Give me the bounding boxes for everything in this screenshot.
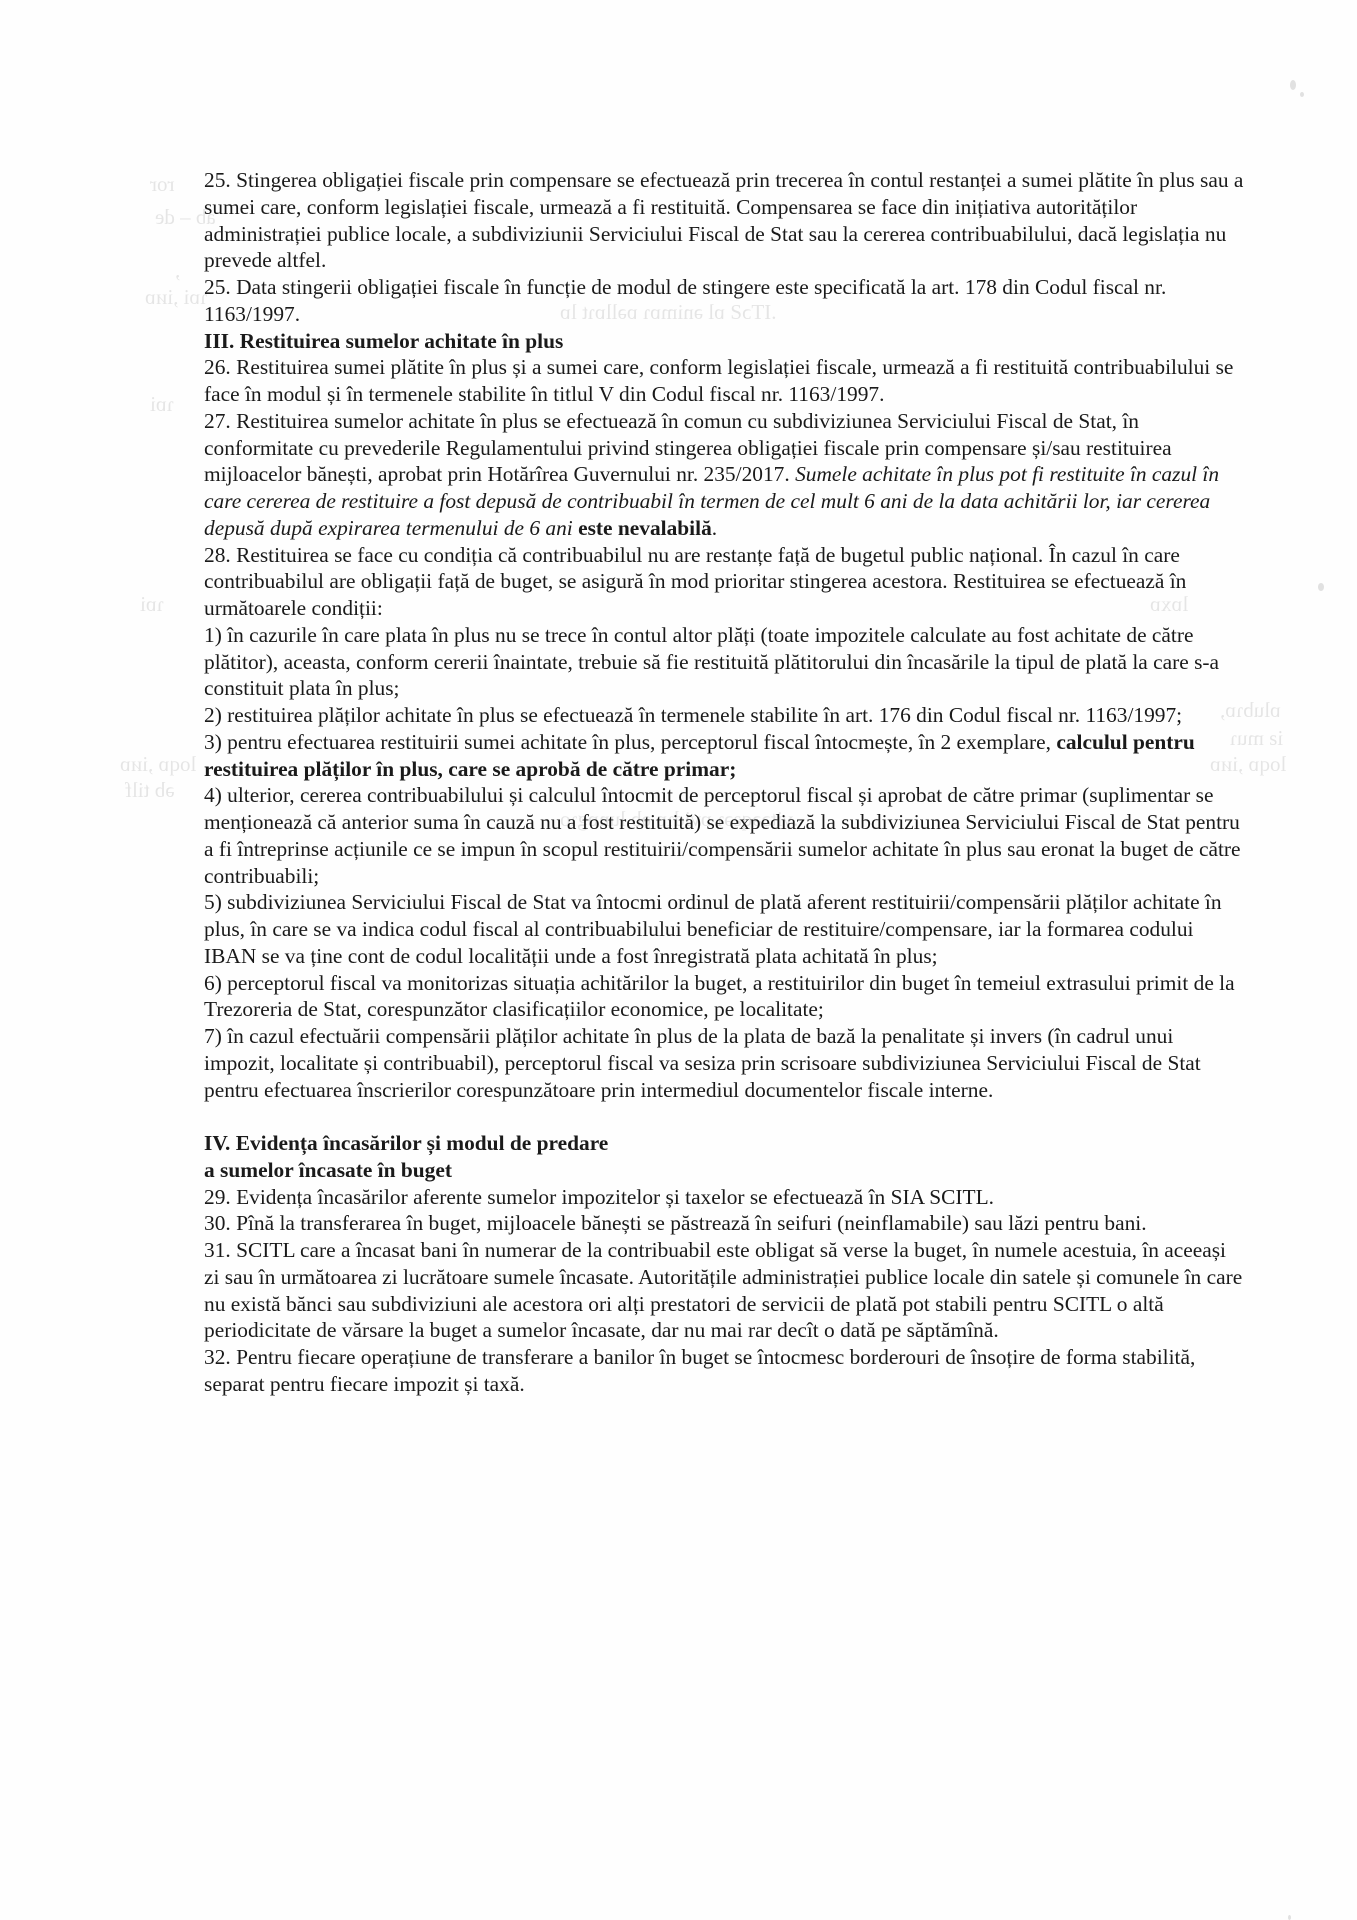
bleed-through-text: əb tilf [125,778,175,803]
paragraph-30: 30. Pînă la transferarea în buget, mijlo… [204,1210,1244,1237]
scan-speck [1290,80,1296,90]
paragraph-27-end: . [712,516,717,540]
bleed-through-text: loqɒ ,iиɒ [120,752,196,777]
condition-3-text: 3) pentru efectuarea restituirii sumei a… [204,730,1056,754]
bleed-through-text: ɿɒi [140,592,164,617]
condition-3: 3) pentru efectuarea restituirii sumei a… [204,729,1244,783]
paragraph-26: 26. Restituirea sumei plătite în plus și… [204,354,1244,408]
condition-7: 7) în cazul efectuării compensării plăți… [204,1023,1244,1103]
condition-1: 1) în cazurile în care plata în plus nu … [204,622,1244,702]
section-heading-iii: III. Restituirea sumelor achitate în plu… [204,328,1244,355]
paragraph-25-compensation: 25. Stingerea obligației fiscale prin co… [204,167,1244,274]
bleed-through-text: ɿɒi ,iиɒ [145,285,207,310]
scanned-page: ror ab – de , ɿɒi ,iиɒ ɿɒi ɿɒi lɒxɒ ɒlub… [0,0,1357,1920]
paragraph-31: 31. SCITL care a încasat bani în numerar… [204,1237,1244,1344]
condition-6: 6) perceptorul fiscal va monitorizas sit… [204,970,1244,1024]
scan-speck [1318,583,1324,591]
condition-5: 5) subdiviziunea Serviciului Fiscal de S… [204,889,1244,969]
paragraph-32: 32. Pentru fiecare operațiune de transfe… [204,1344,1244,1398]
bleed-through-text: , [175,258,180,283]
bleed-through-text: ror [150,172,175,197]
section-heading-iv-line1: IV. Evidența încasărilor și modul de pre… [204,1130,1244,1157]
paragraph-28: 28. Restituirea se face cu condiția că c… [204,542,1244,622]
bleed-through-text: ɿɒi [150,392,174,417]
condition-4: 4) ulterior, cererea contribuabilului și… [204,782,1244,889]
paragraph-27-bold: este nevalabilă [578,516,712,540]
document-body: 25. Stingerea obligației fiscale prin co… [204,167,1244,1398]
scan-speck [1300,92,1304,97]
scan-speck [1288,1915,1291,1920]
paragraph-27: 27. Restituirea sumelor achitate în plus… [204,408,1244,542]
section-spacer [204,1103,1244,1130]
paragraph-29: 29. Evidența încasărilor aferente sumelo… [204,1184,1244,1211]
section-heading-iv-line2: a sumelor încasate în buget [204,1157,1244,1184]
condition-2: 2) restituirea plăților achitate în plus… [204,702,1244,729]
paragraph-25-date: 25. Data stingerii obligației fiscale în… [204,274,1244,328]
